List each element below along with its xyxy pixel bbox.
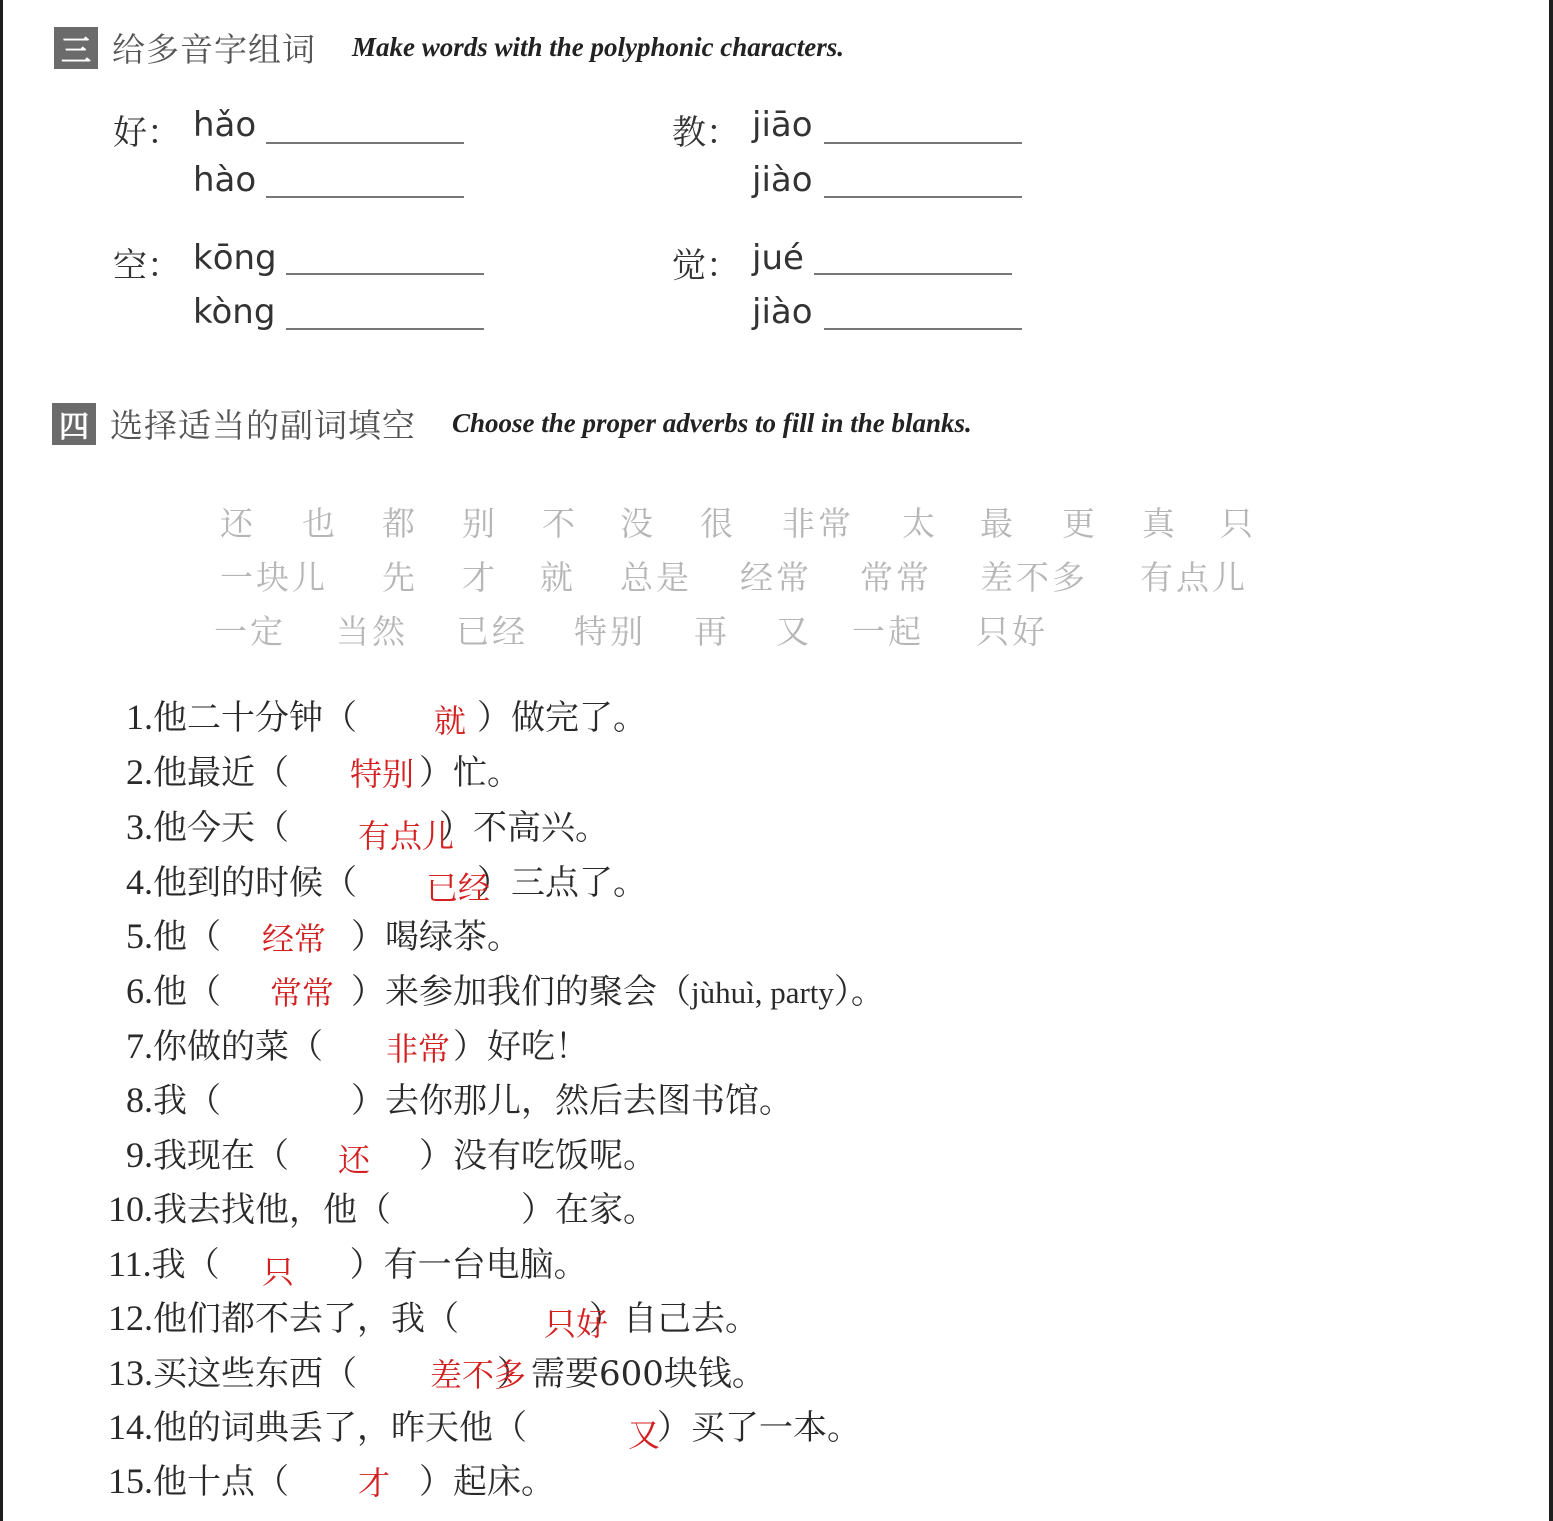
- pinyin-reading: hào: [193, 160, 256, 200]
- answer-blank[interactable]: [286, 273, 484, 275]
- pinyin-reading: kòng: [193, 292, 275, 332]
- word-bank-item: 最: [980, 498, 1016, 545]
- word-bank-item: 一起: [852, 606, 924, 653]
- pinyin-reading: hǎo: [193, 105, 256, 145]
- word-bank-item: 有点儿: [1140, 552, 1248, 599]
- word-bank-item: 差不多: [980, 552, 1088, 599]
- answer-1[interactable]: 就: [434, 696, 466, 742]
- answer-blank[interactable]: [824, 196, 1022, 198]
- polyphonic-char: 好：: [113, 105, 181, 154]
- word-bank-item: 只: [1220, 498, 1256, 545]
- pinyin-reading: kōng: [193, 238, 277, 278]
- word-bank-item: 没: [620, 498, 656, 545]
- section4-title-en: Choose the proper adverbs to fill in the…: [452, 408, 972, 439]
- word-bank-item: 真: [1142, 498, 1178, 545]
- word-bank-item: 很: [700, 498, 736, 545]
- answer-9[interactable]: 还: [338, 1135, 370, 1181]
- question-14: 14.他的词典丢了，昨天他（）买了一本。: [108, 1400, 861, 1449]
- answer-3[interactable]: 有点儿: [358, 811, 454, 857]
- polyphonic-char: 觉：: [672, 238, 740, 287]
- word-bank-item: 又: [776, 606, 812, 653]
- question-10: 10.我去找他，他（）在家。: [108, 1182, 657, 1231]
- word-bank-item: 就: [540, 552, 576, 599]
- page-left-border: [0, 0, 3, 1521]
- word-bank-item: 再: [694, 606, 730, 653]
- pinyin-reading: jué: [752, 238, 804, 278]
- answer-blank[interactable]: [266, 142, 464, 144]
- question-12: 12.他们都不去了，我（）自己去。: [108, 1291, 759, 1340]
- answer-blank[interactable]: [824, 328, 1022, 330]
- word-bank-item: 还: [220, 498, 256, 545]
- word-bank-item: 只好: [976, 606, 1048, 653]
- word-bank-item: 也: [302, 498, 338, 545]
- answer-13[interactable]: 差不多: [430, 1350, 526, 1396]
- polyphonic-char: 教：: [672, 105, 740, 154]
- polyphonic-char: 空：: [113, 238, 181, 287]
- pinyin-reading: jiāo: [752, 105, 813, 145]
- page-right-border: [1549, 0, 1553, 1521]
- pinyin-reading: jiào: [752, 292, 813, 332]
- section3-title-en: Make words with the polyphonic character…: [352, 32, 844, 63]
- word-bank-item: 当然: [336, 606, 408, 653]
- question-2: 2.他最近（）忙。: [126, 745, 521, 794]
- question-6: 6.他（）来参加我们的聚会（jùhuì, party）。: [126, 964, 885, 1013]
- answer-6[interactable]: 常常: [270, 968, 334, 1014]
- answer-12[interactable]: 只好: [544, 1299, 608, 1345]
- answer-blank[interactable]: [824, 142, 1022, 144]
- word-bank-item: 才: [462, 552, 498, 599]
- answer-14[interactable]: 又: [628, 1410, 660, 1456]
- word-bank-item: 一块儿: [220, 552, 328, 599]
- answer-4[interactable]: 已经: [426, 863, 490, 909]
- section3-badge: 三: [54, 27, 98, 69]
- word-bank-item: 不: [542, 498, 578, 545]
- word-bank-item: 先: [382, 552, 418, 599]
- question-15: 15.他十点（）起床。: [108, 1454, 555, 1503]
- answer-7[interactable]: 非常: [386, 1024, 450, 1070]
- section3-header: 三 给多音字组词 Make words with the polyphonic …: [54, 24, 844, 71]
- section4-title-zh: 选择适当的副词填空: [110, 400, 416, 447]
- question-9: 9.我现在（）没有吃饭呢。: [126, 1128, 657, 1177]
- word-bank-item: 已经: [456, 606, 528, 653]
- word-bank-item: 经常: [740, 552, 812, 599]
- word-bank-item: 特别: [574, 606, 646, 653]
- pinyin-reading: jiào: [752, 160, 813, 200]
- answer-blank[interactable]: [266, 196, 464, 198]
- question-11: 11.我（）有一台电脑。: [108, 1237, 588, 1286]
- section3-title-zh: 给多音字组词: [112, 24, 316, 71]
- word-bank-item: 太: [902, 498, 938, 545]
- answer-blank[interactable]: [286, 328, 484, 330]
- section4-header: 四 选择适当的副词填空 Choose the proper adverbs to…: [52, 400, 972, 447]
- question-4: 4.他到的时候（）三点了。: [126, 855, 647, 904]
- word-bank-item: 总是: [620, 552, 692, 599]
- question-1: 1.他二十分钟（）做完了。: [126, 690, 647, 739]
- word-bank-item: 一定: [214, 606, 286, 653]
- answer-blank[interactable]: [814, 273, 1012, 275]
- word-bank-item: 别: [462, 498, 498, 545]
- question-7: 7.你做的菜（）好吃！: [126, 1019, 589, 1068]
- answer-2[interactable]: 特别: [350, 749, 414, 795]
- answer-11[interactable]: 只: [262, 1247, 294, 1293]
- answer-5[interactable]: 经常: [262, 914, 326, 960]
- word-bank-item: 都: [382, 498, 418, 545]
- question-8: 8.我（）去你那儿，然后去图书馆。: [126, 1073, 793, 1122]
- word-bank-item: 常常: [860, 552, 932, 599]
- answer-15[interactable]: 才: [358, 1458, 390, 1504]
- section4-badge: 四: [52, 403, 96, 445]
- word-bank-item: 非常: [782, 498, 854, 545]
- word-bank-item: 更: [1062, 498, 1098, 545]
